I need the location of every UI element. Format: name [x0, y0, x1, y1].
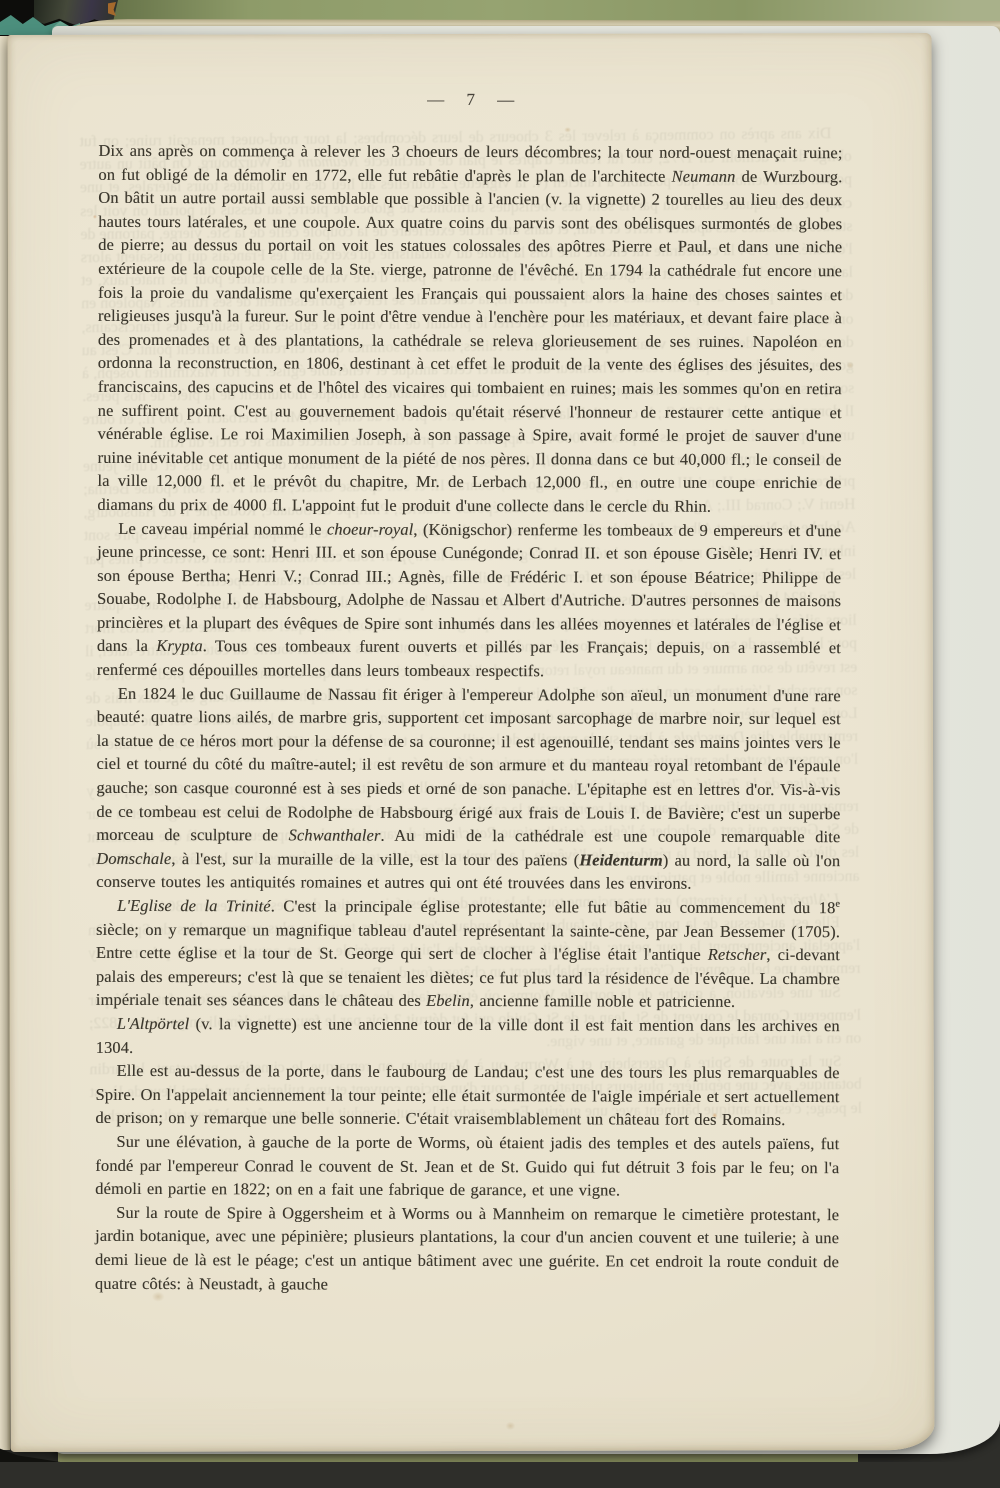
paragraph: Sur une élévation, à gauche de la porte … — [95, 1130, 839, 1203]
text-block: Dix ans après on commença à relever les … — [95, 139, 843, 1297]
paragraph: L'Eglise de la Trinité. C'est la princip… — [96, 894, 840, 1014]
paragraph: Le caveau impérial nommé le choeur-royal… — [97, 516, 842, 683]
page-number: — 7 — — [99, 89, 843, 111]
book-scan: Dix ans après on commença à relever les … — [0, 0, 1000, 1488]
scanned-page: Dix ans après on commença à relever les … — [8, 33, 935, 1452]
paragraph: Elle est au-dessus de la porte, dans le … — [95, 1059, 839, 1132]
paragraph: L'Altpörtel (v. la vignette) est une anc… — [96, 1012, 840, 1062]
paragraph: En 1824 le duc Guillaume de Nassau fit é… — [96, 681, 841, 896]
page-content: — 7 — Dix ans après on commença à releve… — [8, 33, 935, 1298]
paragraph: Dix ans après on commença à relever les … — [97, 139, 842, 519]
paragraph: Sur la route de Spire à Oggersheim et à … — [95, 1201, 839, 1298]
table-surface — [0, 1462, 1000, 1488]
